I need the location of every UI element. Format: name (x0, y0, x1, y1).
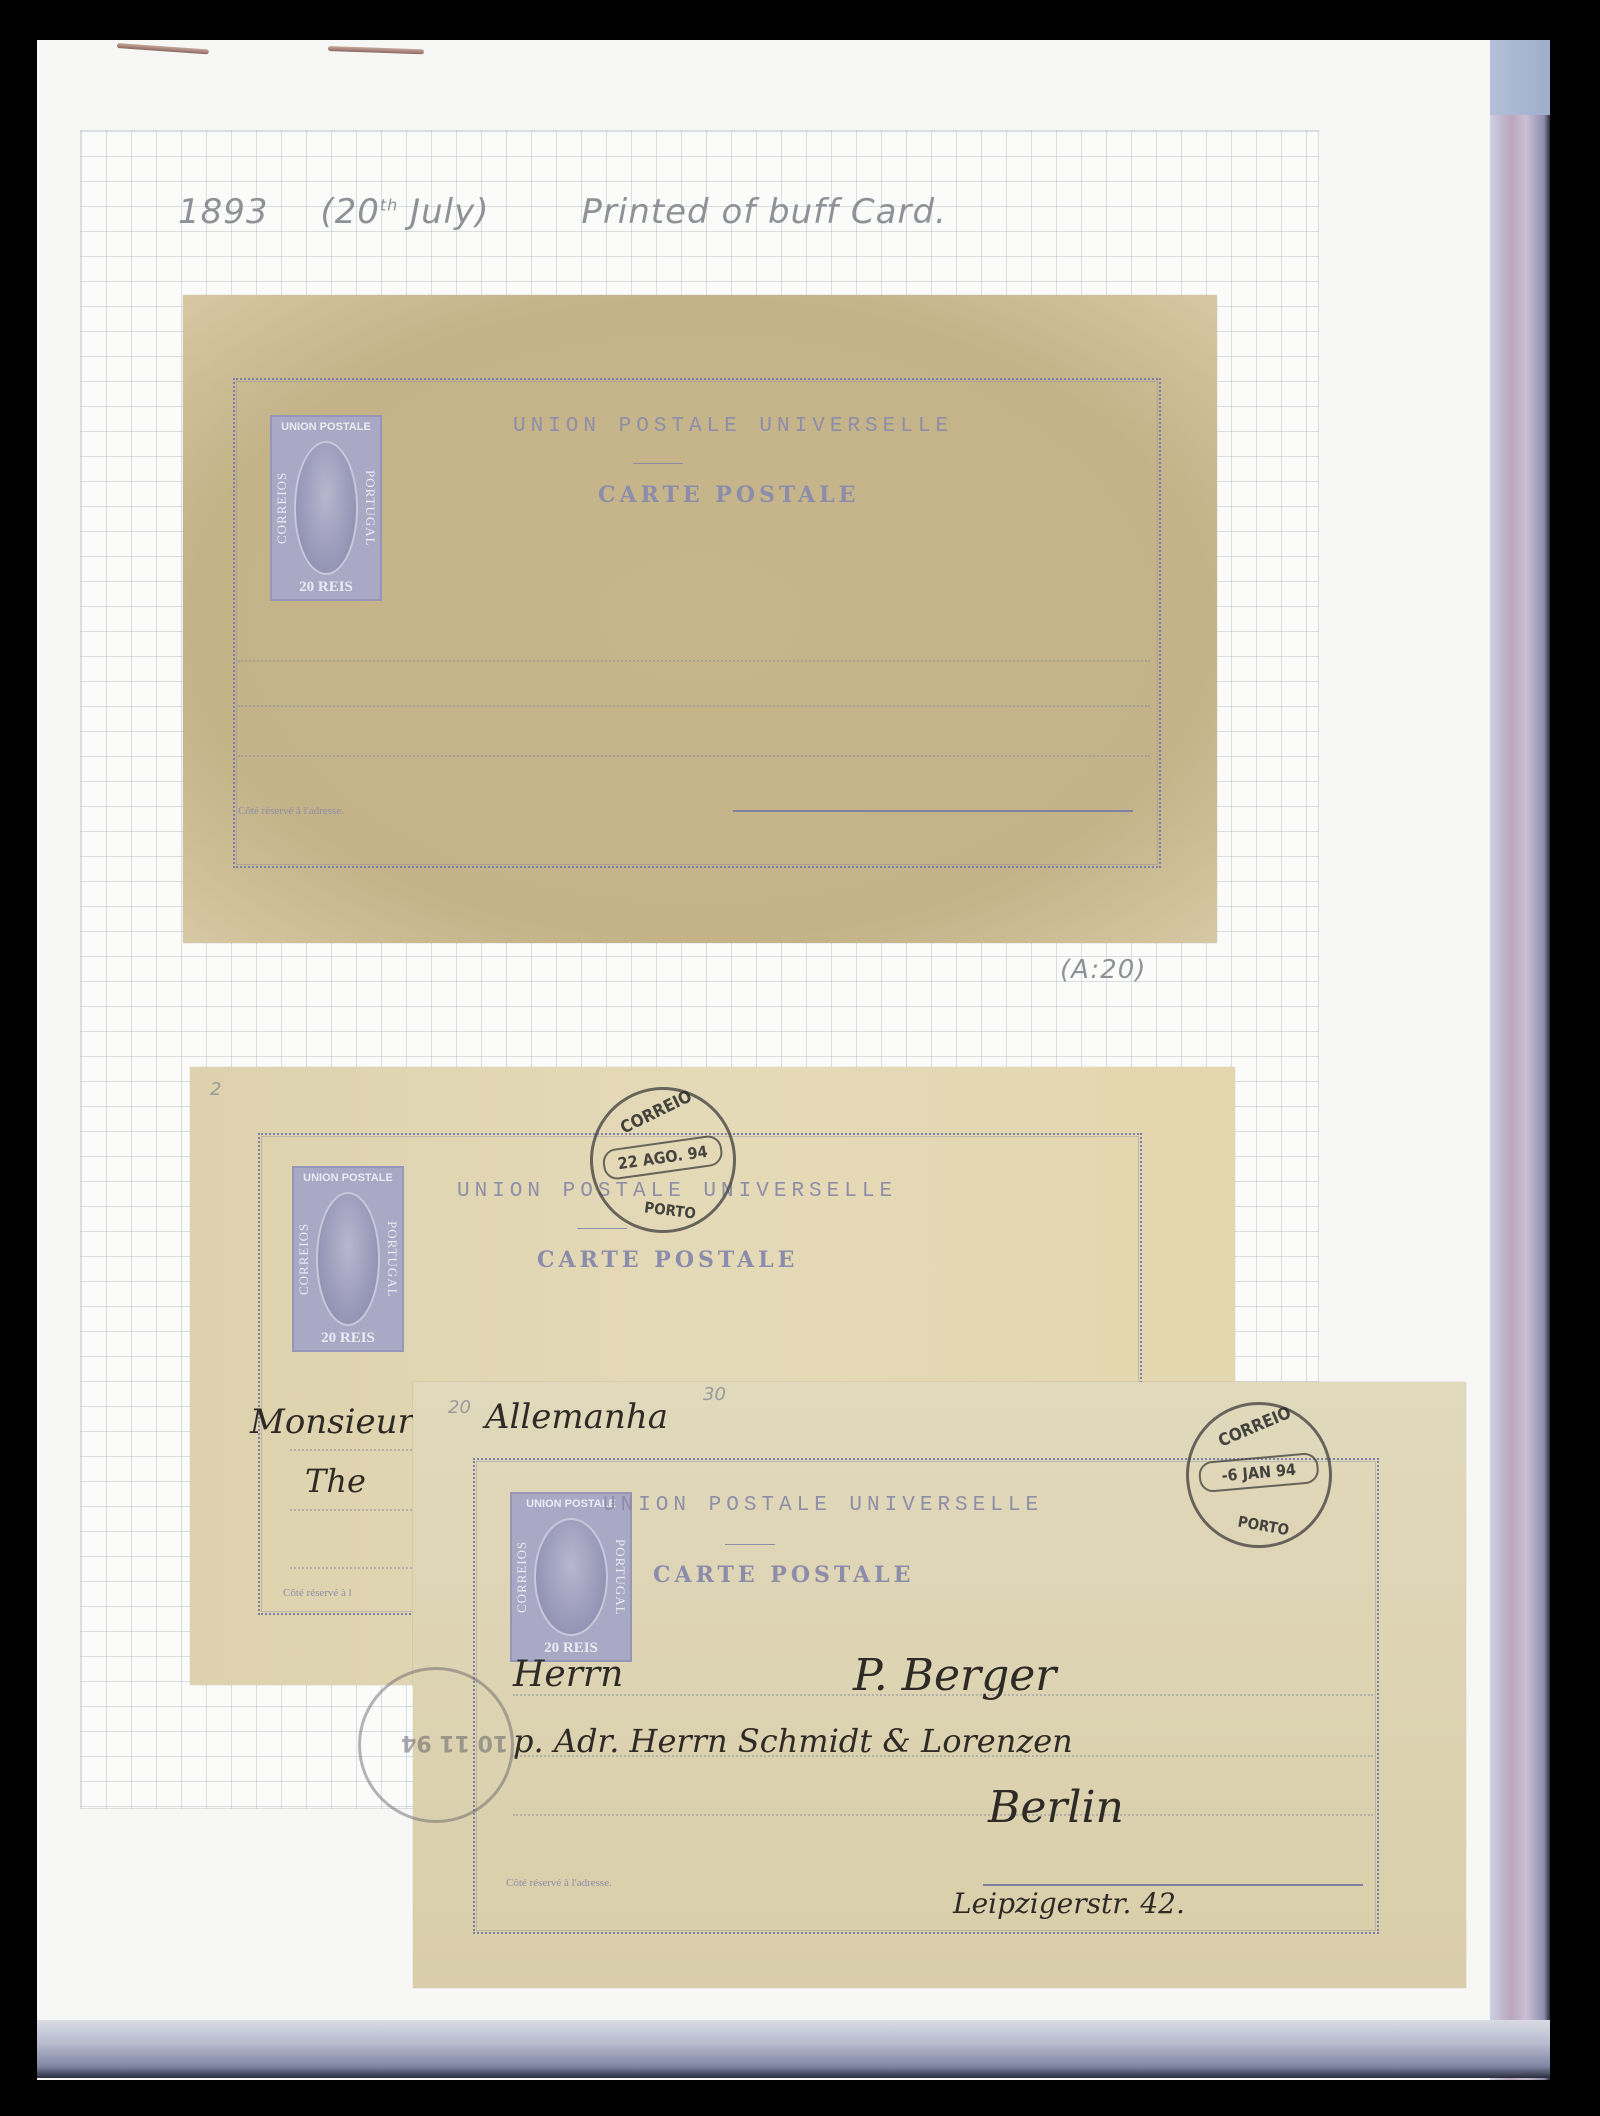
protective-sleeve-edge (1490, 40, 1550, 2080)
salutation: Herrn (513, 1654, 623, 1695)
divider (633, 463, 683, 464)
recipient-name: P. Berger (853, 1650, 1056, 1701)
pencil-mark: 20 (448, 1397, 471, 1418)
king-carlos-portrait-icon (534, 1518, 608, 1636)
imprinted-stamp: UNION POSTALE CORREIOS PORTUGAL 20 REIS (292, 1166, 404, 1352)
header-year: 1893 (178, 192, 269, 232)
destination-country: Allemanha (485, 1397, 668, 1437)
arrival-postmark: 10 11 94 (358, 1667, 514, 1823)
divider (577, 1228, 627, 1229)
card-title: CARTE POSTALE (653, 1562, 914, 1588)
king-carlos-portrait-icon (294, 441, 358, 575)
address-underline (983, 1884, 1363, 1886)
care-of: p. Adr. Herrn Schmidt & Lorenzen (513, 1722, 1073, 1760)
handwriting-line: Monsieur (250, 1402, 414, 1442)
postal-card-mint[interactable]: UNION POSTALE CORREIOS PORTUGAL 20 REIS … (183, 295, 1217, 943)
upu-header: UNION POSTALE UNIVERSELLE (603, 1494, 1043, 1517)
upu-header: UNION POSTALE UNIVERSELLE (513, 415, 953, 438)
pencil-mark: 2 (210, 1079, 221, 1100)
address-note: Côté réservé à l'adresse. (506, 1877, 612, 1889)
divider (725, 1544, 775, 1545)
address-note: Côté réservé à l (283, 1587, 352, 1599)
header-note: 1893 (20th July) Printed of buff Card. (178, 192, 947, 232)
protective-sleeve-bottom (37, 2020, 1550, 2078)
handwriting-line: The (305, 1462, 366, 1500)
pencil-mark: 30 (703, 1384, 726, 1405)
address-line (238, 755, 1150, 757)
imprinted-stamp: UNION POSTALE CORREIOS PORTUGAL 20 REIS (510, 1492, 632, 1662)
address-underline (733, 810, 1133, 812)
street: Leipzigerstr. 42. (953, 1887, 1185, 1920)
king-carlos-portrait-icon (316, 1192, 380, 1326)
imprinted-stamp: UNION POSTALE CORREIOS PORTUGAL 20 REIS (270, 415, 382, 601)
address-line (513, 1814, 1373, 1816)
address-line (238, 660, 1150, 662)
address-note: Côté réservé à l'adresse. (238, 805, 344, 817)
city: Berlin (988, 1782, 1124, 1833)
header-date: (20th July) (320, 192, 489, 232)
card-title: CARTE POSTALE (598, 482, 859, 508)
header-description: Printed of buff Card. (581, 192, 947, 232)
address-line (238, 705, 1150, 707)
catalog-reference: (A:20) (1060, 955, 1146, 985)
card-title: CARTE POSTALE (537, 1247, 798, 1273)
postal-card-used-january[interactable]: 20 30 Allemanha UNION POSTALE CORREIOS P… (413, 1382, 1466, 1988)
